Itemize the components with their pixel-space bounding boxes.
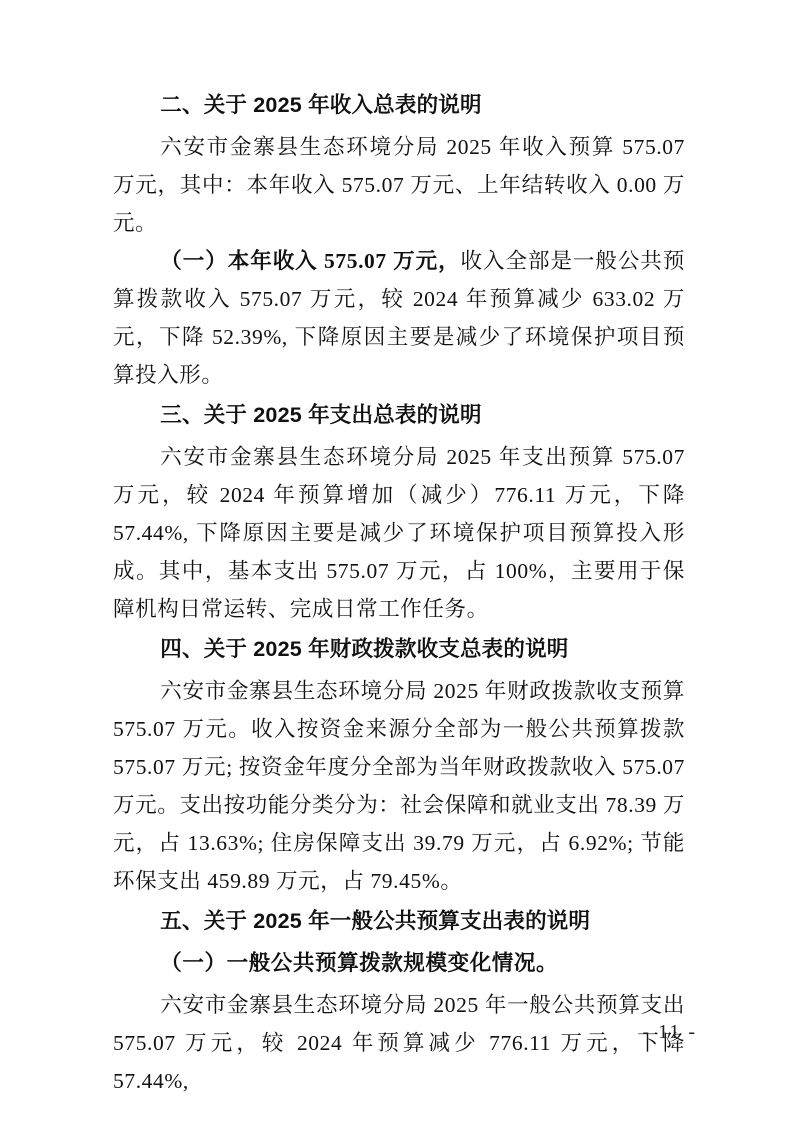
document-page: 二、关于 2025 年收入总表的说明 六安市金寨县生态环境分局 2025 年收入… [0, 0, 793, 1122]
para-income-summary: 六安市金寨县生态环境分局 2025 年收入预算 575.07 万元，其中：本年收… [113, 128, 685, 242]
section-heading-expenditure-overview: 三、关于 2025 年支出总表的说明 [113, 396, 685, 434]
section-heading-income-overview: 二、关于 2025 年收入总表的说明 [113, 86, 685, 124]
para-current-year-income-lead: （一）本年收入 575.07 万元， [160, 249, 460, 273]
section-heading-fiscal-appropriation: 四、关于 2025 年财政拨款收支总表的说明 [113, 630, 685, 668]
para-fiscal-appropriation-summary: 六安市金寨县生态环境分局 2025 年财政拨款收支预算 575.07 万元。收入… [113, 672, 685, 900]
section-heading-general-public-budget: 五、关于 2025 年一般公共预算支出表的说明 [113, 902, 685, 940]
document-body: 二、关于 2025 年收入总表的说明 六安市金寨县生态环境分局 2025 年收入… [113, 84, 685, 1100]
para-expenditure-summary: 六安市金寨县生态环境分局 2025 年支出预算 575.07 万元，较 2024… [113, 438, 685, 628]
page-number: - 11 - [642, 1018, 697, 1046]
para-general-public-budget-summary: 六安市金寨县生态环境分局 2025 年一般公共预算支出 575.07 万元，较 … [113, 986, 685, 1100]
para-current-year-income: （一）本年收入 575.07 万元，收入全部是一般公共预算拨款收入 575.07… [113, 242, 685, 394]
subheading-budget-scale-change: （一）一般公共预算拨款规模变化情况。 [113, 944, 685, 982]
